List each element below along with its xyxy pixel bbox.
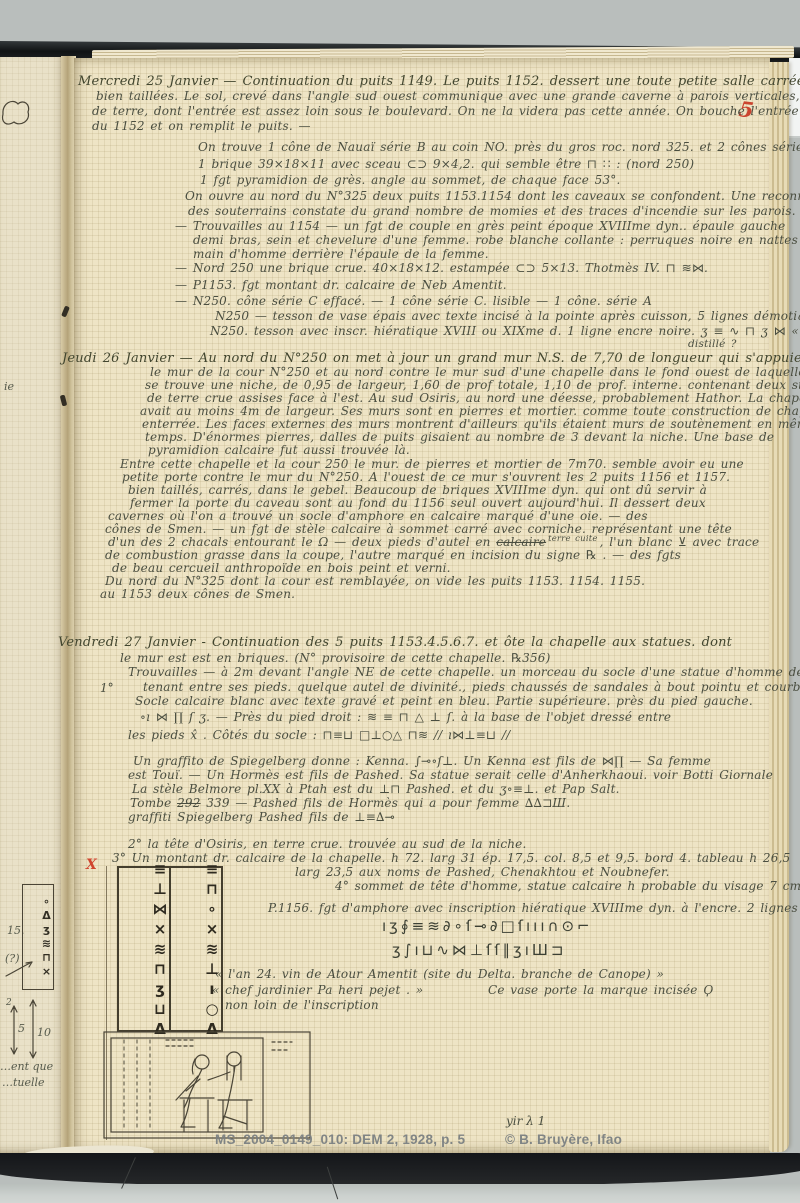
manuscript-line: de terre, dont l'entrée est assez loin s… — [92, 105, 799, 118]
manuscript-line: ∘ı ⋈ ∏ ſ ʒ. — Près du pied droit : ≋ ≡ ⊓… — [140, 711, 671, 724]
ink-scribble: yir λ 1 — [506, 1114, 545, 1128]
manuscript-line: On trouve 1 cône de Nauaï série B au coi… — [198, 141, 800, 154]
manuscript-line: main d'homme derrière l'épaule de la fem… — [193, 248, 489, 261]
manuscript-line: Un graffito de Spiegelberg donne : Kenna… — [133, 755, 711, 768]
manuscript-line: « l'an 24. vin de Atour Amentit (site du… — [215, 968, 664, 981]
manuscript-line: Ce vase porte la marque incisée Ϙ — [488, 984, 713, 997]
manuscript-line: 1 fgt pyramidion de grès. angle au somme… — [200, 174, 621, 187]
hieratic-inscription-line: ıʒ∮≡≋∂∘ſ⊸∂□ſııı∩⊙⌐ — [382, 920, 593, 933]
facing-page-fragment: ie — [4, 380, 14, 393]
manuscript-line: tenant entre ses pieds. quelque autel de… — [143, 681, 800, 694]
facing-page-fragment: 2 — [6, 998, 12, 1008]
manuscript-line: Trouvailles — à 2m devant l'angle NE de … — [128, 666, 800, 679]
caption-id: MS_2004_0149_010: DEM 2, 1928, p. 5 — [215, 1132, 465, 1147]
date-entry-line: Vendredi 27 Janvier - Continuation des 5… — [58, 636, 732, 649]
manuscript-line: non loin de l'inscription — [225, 999, 379, 1012]
manuscript-line: 4° sommet de tête d'homme, statue calcai… — [335, 880, 800, 893]
manuscript-line: bien taillées. Le sol, crevé dans l'angl… — [96, 90, 800, 103]
manuscript-line: Tombe 292 339 — Pashed fils de Hormès qu… — [130, 797, 570, 810]
manuscript-line: On ouvre au nord du N°325 deux puits 115… — [185, 190, 800, 203]
manuscript-line: Socle calcaire blanc avec texte gravé et… — [135, 695, 753, 708]
manuscript-line: au 1153 deux cônes de Smen. — [100, 588, 295, 601]
stela-couple-scene-sketch — [102, 1028, 318, 1144]
margin-blob-sketch — [0, 94, 34, 136]
manuscript-line: N250 — tesson de vase épais avec texte i… — [215, 310, 800, 323]
date-entry-line: Mercredi 25 Janvier — Continuation du pu… — [78, 75, 800, 88]
manuscript-line: pyramidion calcaire fut aussi trouvée là… — [148, 444, 410, 457]
manuscript-line: « chef jardinier Pa heri pejet . » — [212, 984, 423, 997]
manuscript-line: demi bras, sein et chevelure d'une femme… — [193, 234, 798, 247]
red-x-mark: X — [86, 857, 97, 873]
manuscript-line: larg 23,5 aux noms de Pashed, Chenakhtou… — [295, 866, 670, 879]
manuscript-line: — P1153. fgt montant dr. calcaire de Neb… — [175, 279, 507, 292]
scanned-notebook-photo: ie 15. (?) ∘Δʒ≋⊓× 2 5 10 …ent que …tuell… — [0, 0, 800, 1203]
manuscript-line: N250. tesson avec inscr. hiératique XVII… — [210, 325, 800, 338]
hieroglyph-columns-sketch: ≡⊥⋈×≋⊓ʒ⊔Δ ≡⊓∘×≋⊥ı○Δ — [117, 866, 223, 1032]
facing-page-fragment: …tuelle — [2, 1076, 45, 1089]
manuscript-line: — Nord 250 une brique crue. 40×18×12. es… — [175, 262, 708, 275]
manuscript-line: du 1152 et on remplit le puits. — — [92, 120, 311, 133]
caption-credit: © B. Bruyère, Ifao — [505, 1132, 622, 1147]
manuscript-line: — N250. cône série C effacé. — 1 cône sé… — [175, 295, 652, 308]
manuscript-line: le mur est est en briques. (N° provisoir… — [120, 652, 550, 665]
facing-page-dimension: 10 — [37, 1026, 51, 1039]
facing-page-dimension: 5 — [18, 1022, 25, 1035]
manuscript-line: les pieds x̂ . Côtés du socle : ⊓≡⊔ □⊥○△… — [128, 729, 510, 742]
manuscript-line: 1 brique 39×18×11 avec sceau ⊂⊃ 9×4,2. q… — [198, 158, 694, 171]
manuscript-line: des souterrains constate du grand nombre… — [188, 205, 796, 218]
photo-background-bottom — [0, 1184, 800, 1203]
manuscript-line: P.1156. fgt d'amphore avec inscription h… — [268, 902, 798, 915]
manuscript-line: La stèle Belmore pl.XX à Ptah est du ⊥⊓ … — [132, 783, 620, 796]
hieroglyph-column: ≡⊓∘×≋⊥ı○Δ — [171, 868, 221, 1030]
facing-page-fragment: …ent que — [0, 1060, 53, 1073]
hieroglyph-column: ≡⊥⋈×≋⊓ʒ⊔Δ — [119, 868, 171, 1030]
manuscript-line: — Trouvailles au 1154 — un fgt de couple… — [175, 220, 785, 233]
manuscript-line: graffiti Spiegelberg Pashed fils de ⊥≡∆⊸ — [128, 811, 395, 824]
date-entry-line: Jeudi 26 Janvier — Au nord du N°250 on m… — [62, 352, 800, 365]
hieratic-inscription-line: ʒ∫ı⊔∿⋈⊥ſſ∥ʒıШ⊐ — [392, 944, 567, 957]
manuscript-line: distillé ? — [688, 338, 737, 351]
list-item-marker: 1° — [100, 681, 114, 695]
notebook-cover-bottom-edge — [0, 1153, 800, 1186]
manuscript-line: 2° la tête d'Osiris, en terre crue. trou… — [128, 838, 527, 851]
manuscript-line: est Touï. — Un Hormès est fils de Pashed… — [128, 769, 773, 782]
